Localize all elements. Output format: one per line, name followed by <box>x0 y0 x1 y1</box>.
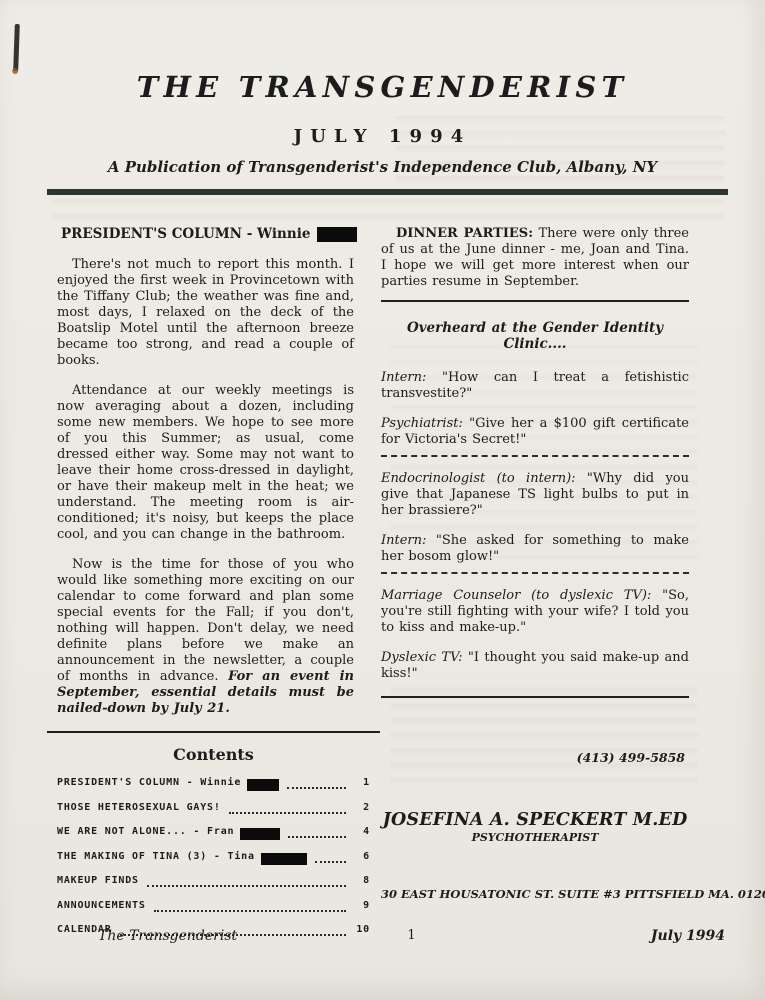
paragraph-text: Now is the time for those of you who wou… <box>57 557 354 684</box>
section-divider <box>381 300 689 302</box>
dot-leader <box>287 787 346 789</box>
toc-page-number: 6 <box>352 849 370 865</box>
toc-label: ANNOUNCEMENTS <box>57 898 146 914</box>
dashed-divider <box>381 572 689 574</box>
left-column: PRESIDENT'S COLUMN - Winnie There's not … <box>47 226 380 947</box>
quote-text: "How can I treat a fetishistic transvest… <box>381 370 689 401</box>
table-of-contents: PRESIDENT'S COLUMN - Winnie 1 THOSE HETE… <box>47 775 380 938</box>
paragraph: There's not much to report this month. I… <box>57 257 354 369</box>
redaction-box <box>317 227 357 242</box>
dot-leader <box>288 836 346 838</box>
section-divider <box>381 696 689 698</box>
paragraph: Attendance at our weekly meetings is now… <box>57 383 354 543</box>
quote-speaker: Dyslexic TV: <box>381 650 463 665</box>
toc-item: ANNOUNCEMENTS 9 <box>57 898 370 914</box>
presidents-column-heading-text: PRESIDENT'S COLUMN - Winnie <box>61 226 310 242</box>
newsletter-page: THE TRANSGENDERIST JULY 1994 A Publicati… <box>0 0 765 1000</box>
redaction-box <box>247 779 279 791</box>
toc-item: PRESIDENT'S COLUMN - Winnie 1 <box>57 775 370 791</box>
dot-leader <box>315 861 346 863</box>
ad-address: 30 EAST HOUSATONIC ST. SUITE #3 PITTSFIE… <box>381 886 689 902</box>
footer-publication-name: The Transgenderist <box>0 928 382 944</box>
dot-leader <box>154 910 346 912</box>
section-divider <box>47 731 380 733</box>
overheard-heading: Overheard at the Gender Identity Clinic.… <box>381 320 689 352</box>
ad-phone-number: (413) 499-5858 <box>381 750 685 766</box>
quote-text: "She asked for something to make her bos… <box>381 533 689 564</box>
toc-page-number: 8 <box>352 873 370 889</box>
dashed-divider <box>381 455 689 457</box>
publication-subtitle: A Publication of Transgenderist's Indepe… <box>0 158 765 176</box>
masthead-rule <box>47 189 728 195</box>
ad-therapist-title: PSYCHOTHERAPIST <box>381 830 689 846</box>
toc-label: THOSE HETEROSEXUAL GAYS! <box>57 800 221 816</box>
toc-item: THE MAKING OF TINA (3) - Tina 6 <box>57 849 370 865</box>
page-title: THE TRANSGENDERIST <box>0 70 765 104</box>
quote: Intern: "She asked for something to make… <box>381 533 689 565</box>
toc-page-number: 2 <box>352 800 370 816</box>
page-footer: The Transgenderist 1 July 1994 <box>0 928 765 944</box>
dot-leader <box>229 812 346 814</box>
dinner-parties-lead: DINNER PARTIES: <box>396 226 533 241</box>
toc-page-number: 4 <box>352 824 370 840</box>
quote: Intern: "How can I treat a fetishistic t… <box>381 370 689 402</box>
redaction-box <box>240 828 280 840</box>
toc-label: MAKEUP FINDS <box>57 873 139 889</box>
toc-label: PRESIDENT'S COLUMN - Winnie <box>57 775 241 791</box>
toc-item: WE ARE NOT ALONE... - Fran 4 <box>57 824 370 840</box>
issue-date: JULY 1994 <box>0 126 765 147</box>
dot-leader <box>147 885 346 887</box>
quote-speaker: Endocrinologist (to intern): <box>381 471 576 486</box>
staple-mark-icon <box>13 24 20 71</box>
redaction-box <box>261 853 307 865</box>
footer-issue-date: July 1994 <box>442 928 765 944</box>
toc-page-number: 1 <box>352 775 370 791</box>
quote-speaker: Intern: <box>381 370 426 385</box>
footer-page-number: 1 <box>382 928 442 944</box>
toc-label: THE MAKING OF TINA (3) - Tina <box>57 849 255 865</box>
toc-label: WE ARE NOT ALONE... - Fran <box>57 824 234 840</box>
quote: Endocrinologist (to intern): "Why did yo… <box>381 471 689 519</box>
ad-therapist-name: JOSEFINA A. SPECKERT M.ED <box>381 812 689 828</box>
toc-page-number: 9 <box>352 898 370 914</box>
right-column: DINNER PARTIES: There were only three of… <box>381 226 689 902</box>
toc-item: MAKEUP FINDS 8 <box>57 873 370 889</box>
quote: Dyslexic TV: "I thought you said make-up… <box>381 650 689 682</box>
quote: Marriage Counselor (to dyslexic TV): "So… <box>381 588 689 636</box>
quote: Psychiatrist: "Give her a $100 gift cert… <box>381 416 689 448</box>
bleed-through-artifact <box>52 199 724 225</box>
quote-speaker: Marriage Counselor (to dyslexic TV): <box>381 588 651 603</box>
quote-speaker: Intern: <box>381 533 426 548</box>
paragraph: Now is the time for those of you who wou… <box>57 557 354 717</box>
presidents-column-heading: PRESIDENT'S COLUMN - Winnie <box>61 226 380 242</box>
quote-speaker: Psychiatrist: <box>381 416 463 431</box>
contents-heading: Contents <box>47 747 380 763</box>
toc-item: THOSE HETEROSEXUAL GAYS! 2 <box>57 800 370 816</box>
dinner-parties-paragraph: DINNER PARTIES: There were only three of… <box>381 226 689 290</box>
presidents-column-body: There's not much to report this month. I… <box>47 257 380 717</box>
